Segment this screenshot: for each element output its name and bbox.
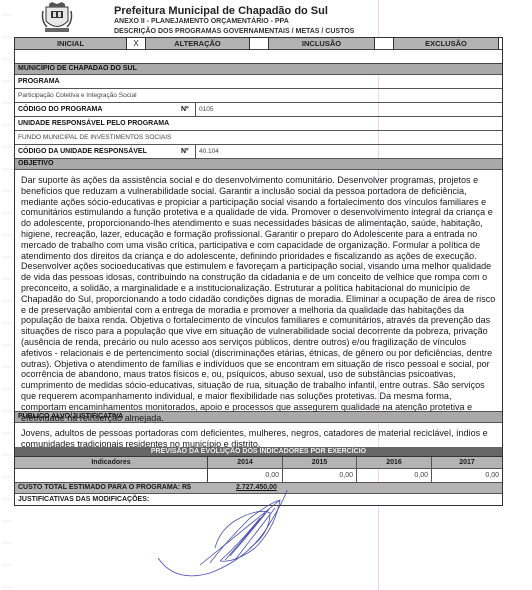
year-col-2017: 2017 [432,457,502,468]
value-2016: 0,00 [357,469,432,482]
value-2015: 0,00 [283,469,357,482]
document-title: Prefeitura Municipal de Chapadão do Sul [114,5,328,17]
unidade-label-row: UNIDADE RESPONSÁVEL PELO PROGRAMA [15,117,502,131]
programa-name: Participação Coletiva e Integração Socia… [15,89,137,102]
codigo-unidade-row: CÓDIGO DA UNIDADE RESPONSÁVEL Nº 40.104 [15,145,502,159]
objetivo-header: OBJETIVO [15,159,502,170]
tipo-inclusao-label: INCLUSÃO [269,38,374,49]
codigo-programa-row: CÓDIGO DO PROGRAMA Nº 0105 [15,103,502,117]
indicadores-header-row: Indicadores 2014 2015 2016 2017 [15,457,502,469]
tipo-inicial-label: INICIAL [15,38,126,49]
programa-label: PROGRAMA [15,75,60,88]
codigo-unidade-value: 40.104 [195,145,502,158]
codigo-unidade-no: Nº [178,145,195,158]
change-type-row: INICIAL X ALTERAÇÃO INCLUSÃO EXCLUSÃO [15,38,502,50]
document-subtitle-annex: ANEXO II - PLANEJAMENTO ORÇAMENTÁRIO - P… [114,18,289,25]
coat-of-arms-icon [40,1,74,34]
indicadores-col-label: Indicadores [15,457,208,468]
tipo-alteracao-label: ALTERAÇÃO [146,38,249,49]
value-2017: 0,00 [432,469,502,482]
unidade-label: UNIDADE RESPONSÁVEL PELO PROGRAMA [15,117,169,130]
codigo-programa-no: Nº [178,103,195,116]
tipo-alteracao-checkbox[interactable] [249,38,269,49]
year-col-2015: 2015 [283,457,357,468]
unidade-name: FUNDO MUNICIPAL DE INVESTIMENTOS SOCIAIS [15,131,171,144]
codigo-unidade-label: CÓDIGO DA UNIDADE RESPONSÁVEL [15,145,178,158]
tipo-inclusao-checkbox[interactable] [374,38,394,49]
publico-header: PÚBLICO ALVO/JUSTIFICATIVA [15,412,502,423]
codigo-programa-label: CÓDIGO DO PROGRAMA [15,103,178,116]
justificativas-label: JUSTIFICATIVAS DAS MODIFICAÇÕES: [18,496,149,503]
document-subtitle-description: DESCRIÇÃO DOS PROGRAMAS GOVERNAMENTAIS /… [114,28,354,35]
municipio-header: MUNICÍPIO DE CHAPADAO DO SUL [15,64,502,75]
codigo-programa-value: 0105 [195,103,502,116]
value-2014: 0,00 [208,469,283,482]
signature-icon [150,488,290,588]
tipo-exclusao-checkbox[interactable] [498,38,502,49]
scan-margin-artifact [2,0,12,590]
publico-text: Jovens, adultos de pessoas portadoras co… [15,423,502,447]
year-col-2014: 2014 [208,457,283,468]
tipo-exclusao-label: EXCLUSÃO [394,38,498,49]
indicadores-value-row: 0,00 0,00 0,00 0,00 [15,469,502,483]
year-col-2016: 2016 [357,457,432,468]
programa-label-row: PROGRAMA [15,75,502,89]
blank-row [15,50,502,64]
unidade-value-row: FUNDO MUNICIPAL DE INVESTIMENTOS SOCIAIS [15,131,502,145]
indicador-name [15,469,208,482]
program-form: INICIAL X ALTERAÇÃO INCLUSÃO EXCLUSÃO MU… [14,37,503,506]
programa-value-row: Participação Coletiva e Integração Socia… [15,89,502,103]
objetivo-text: Dar suporte às ações da assistência soci… [15,170,502,412]
document-header: Prefeitura Municipal de Chapadão do Sul … [0,0,532,36]
tipo-inicial-checkbox[interactable]: X [126,38,146,49]
